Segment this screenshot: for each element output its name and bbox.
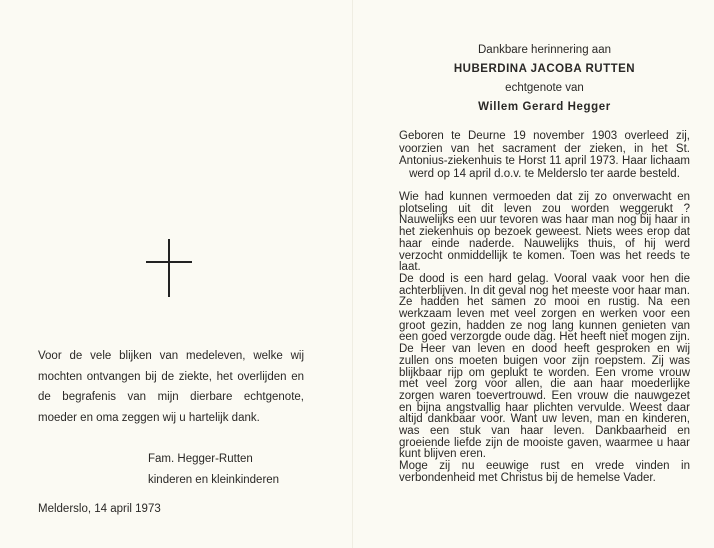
signature-relatives: kinderen en kleinkinderen xyxy=(148,470,279,491)
memorial-header: Dankbare herinnering aan HUBERDINA JACOB… xyxy=(399,41,690,117)
memorial-card: Voor de vele blijken van medeleven, welk… xyxy=(0,0,714,548)
biography-intro: Geboren te Deurne 19 november 1903 overl… xyxy=(399,130,690,180)
spouse-name: Willem Gerard Hegger xyxy=(399,98,690,117)
cross-icon xyxy=(146,239,192,297)
memorial-body: Wie had kunnen vermoeden dat zij zo onve… xyxy=(399,192,690,485)
relation-label: echtgenote van xyxy=(399,79,690,98)
signature-family: Fam. Hegger-Rutten xyxy=(148,449,279,470)
thanks-message: Voor de vele blijken van medeleven, welk… xyxy=(38,346,304,428)
memorial-heading: Dankbare herinnering aan xyxy=(399,41,690,60)
memorial-paragraph: Wie had kunnen vermoeden dat zij zo onve… xyxy=(399,192,690,274)
deceased-name: HUBERDINA JACOBA RUTTEN xyxy=(399,60,690,79)
memorial-paragraph: De dood is een hard gelag. Vooral vaak v… xyxy=(399,274,690,461)
memorial-text-panel: Dankbare herinnering aan HUBERDINA JACOB… xyxy=(399,41,690,485)
signature-block: Fam. Hegger-Rutten kinderen en kleinkind… xyxy=(148,449,279,491)
card-fold-line xyxy=(352,0,353,548)
place-date: Melderslo, 14 april 1973 xyxy=(38,503,161,515)
thanks-text: Voor de vele blijken van medeleven, welk… xyxy=(38,346,304,428)
memorial-paragraph: Moge zij nu eeuwige rust en vrede vinden… xyxy=(399,461,690,484)
